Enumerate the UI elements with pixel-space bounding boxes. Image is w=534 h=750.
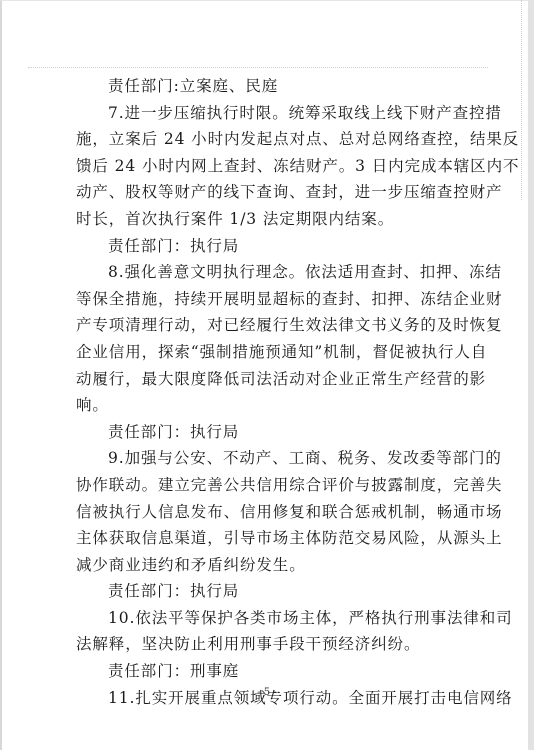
body-line: 时长，首次执行案件 1/3 法定期限内结案。 <box>76 206 464 233</box>
body-line: 动履行，最大限度降低司法活动对企业正常生产经营的影 <box>76 366 464 393</box>
body-line: 法解释，坚决防止利用刑事手段干预经济纠纷。 <box>76 631 464 658</box>
body-line: 信被执行人信息发布、信用修复和联合惩戒机制，畅通市场 <box>76 499 464 526</box>
scan-artifact-rule <box>28 67 488 68</box>
body-line: 产专项清理行动，对已经履行生效法律文书义务的及时恢复 <box>76 312 464 339</box>
body-line: 主体获取信息渠道，引导市场主体防范交易风险，从源头上 <box>76 525 464 552</box>
body-line: 施，立案后 24 小时内发起点对点、总对总网络查控，结果反 <box>76 126 464 153</box>
scan-artifact-vertical-rule <box>521 0 522 200</box>
item-7-heading: 7.进一步压缩执行时限。统筹采取线上线下财产查控措 <box>76 100 464 127</box>
item-9-heading: 9.加强与公安、不动产、工商、税务、发改委等部门的 <box>76 445 464 472</box>
body-line: 动产、股权等财产的线下查询、查封，进一步压缩查控财产 <box>76 179 464 206</box>
responsible-dept-line: 责任部门：执行局 <box>76 233 464 260</box>
item-10-heading: 10.依法平等保护各类市场主体，严格执行刑事法律和司 <box>76 605 464 632</box>
responsible-dept-line: 责任部门：刑事庭 <box>76 658 464 685</box>
body-line: 馈后 24 小时内网上查封、冻结财产。3 日内完成本辖区内不 <box>76 153 464 180</box>
responsible-dept-line: 责任部门：执行局 <box>76 578 464 605</box>
responsible-dept-line: 责任部门:立案庭、民庭 <box>76 73 464 100</box>
body-line: 响。 <box>76 392 464 419</box>
body-line: 等保全措施，持续开展明显超标的查封、扣押、冻结企业财 <box>76 286 464 313</box>
body-line: 企业信用，探索“强制措施预通知”机制，督促被执行人自 <box>76 339 464 366</box>
responsible-dept-line: 责任部门：执行局 <box>76 419 464 446</box>
body-line: 减少商业违约和矛盾纠纷发生。 <box>76 552 464 579</box>
item-8-heading: 8.强化善意文明执行理念。依法适用查封、扣押、冻结 <box>76 259 464 286</box>
body-line: 协作联动。建立完善公共信用综合评价与披露制度，完善失 <box>76 472 464 499</box>
document-body: 责任部门:立案庭、民庭 7.进一步压缩执行时限。统筹采取线上线下财产查控措 施，… <box>76 73 464 711</box>
page-number: - 5 - <box>0 687 534 698</box>
